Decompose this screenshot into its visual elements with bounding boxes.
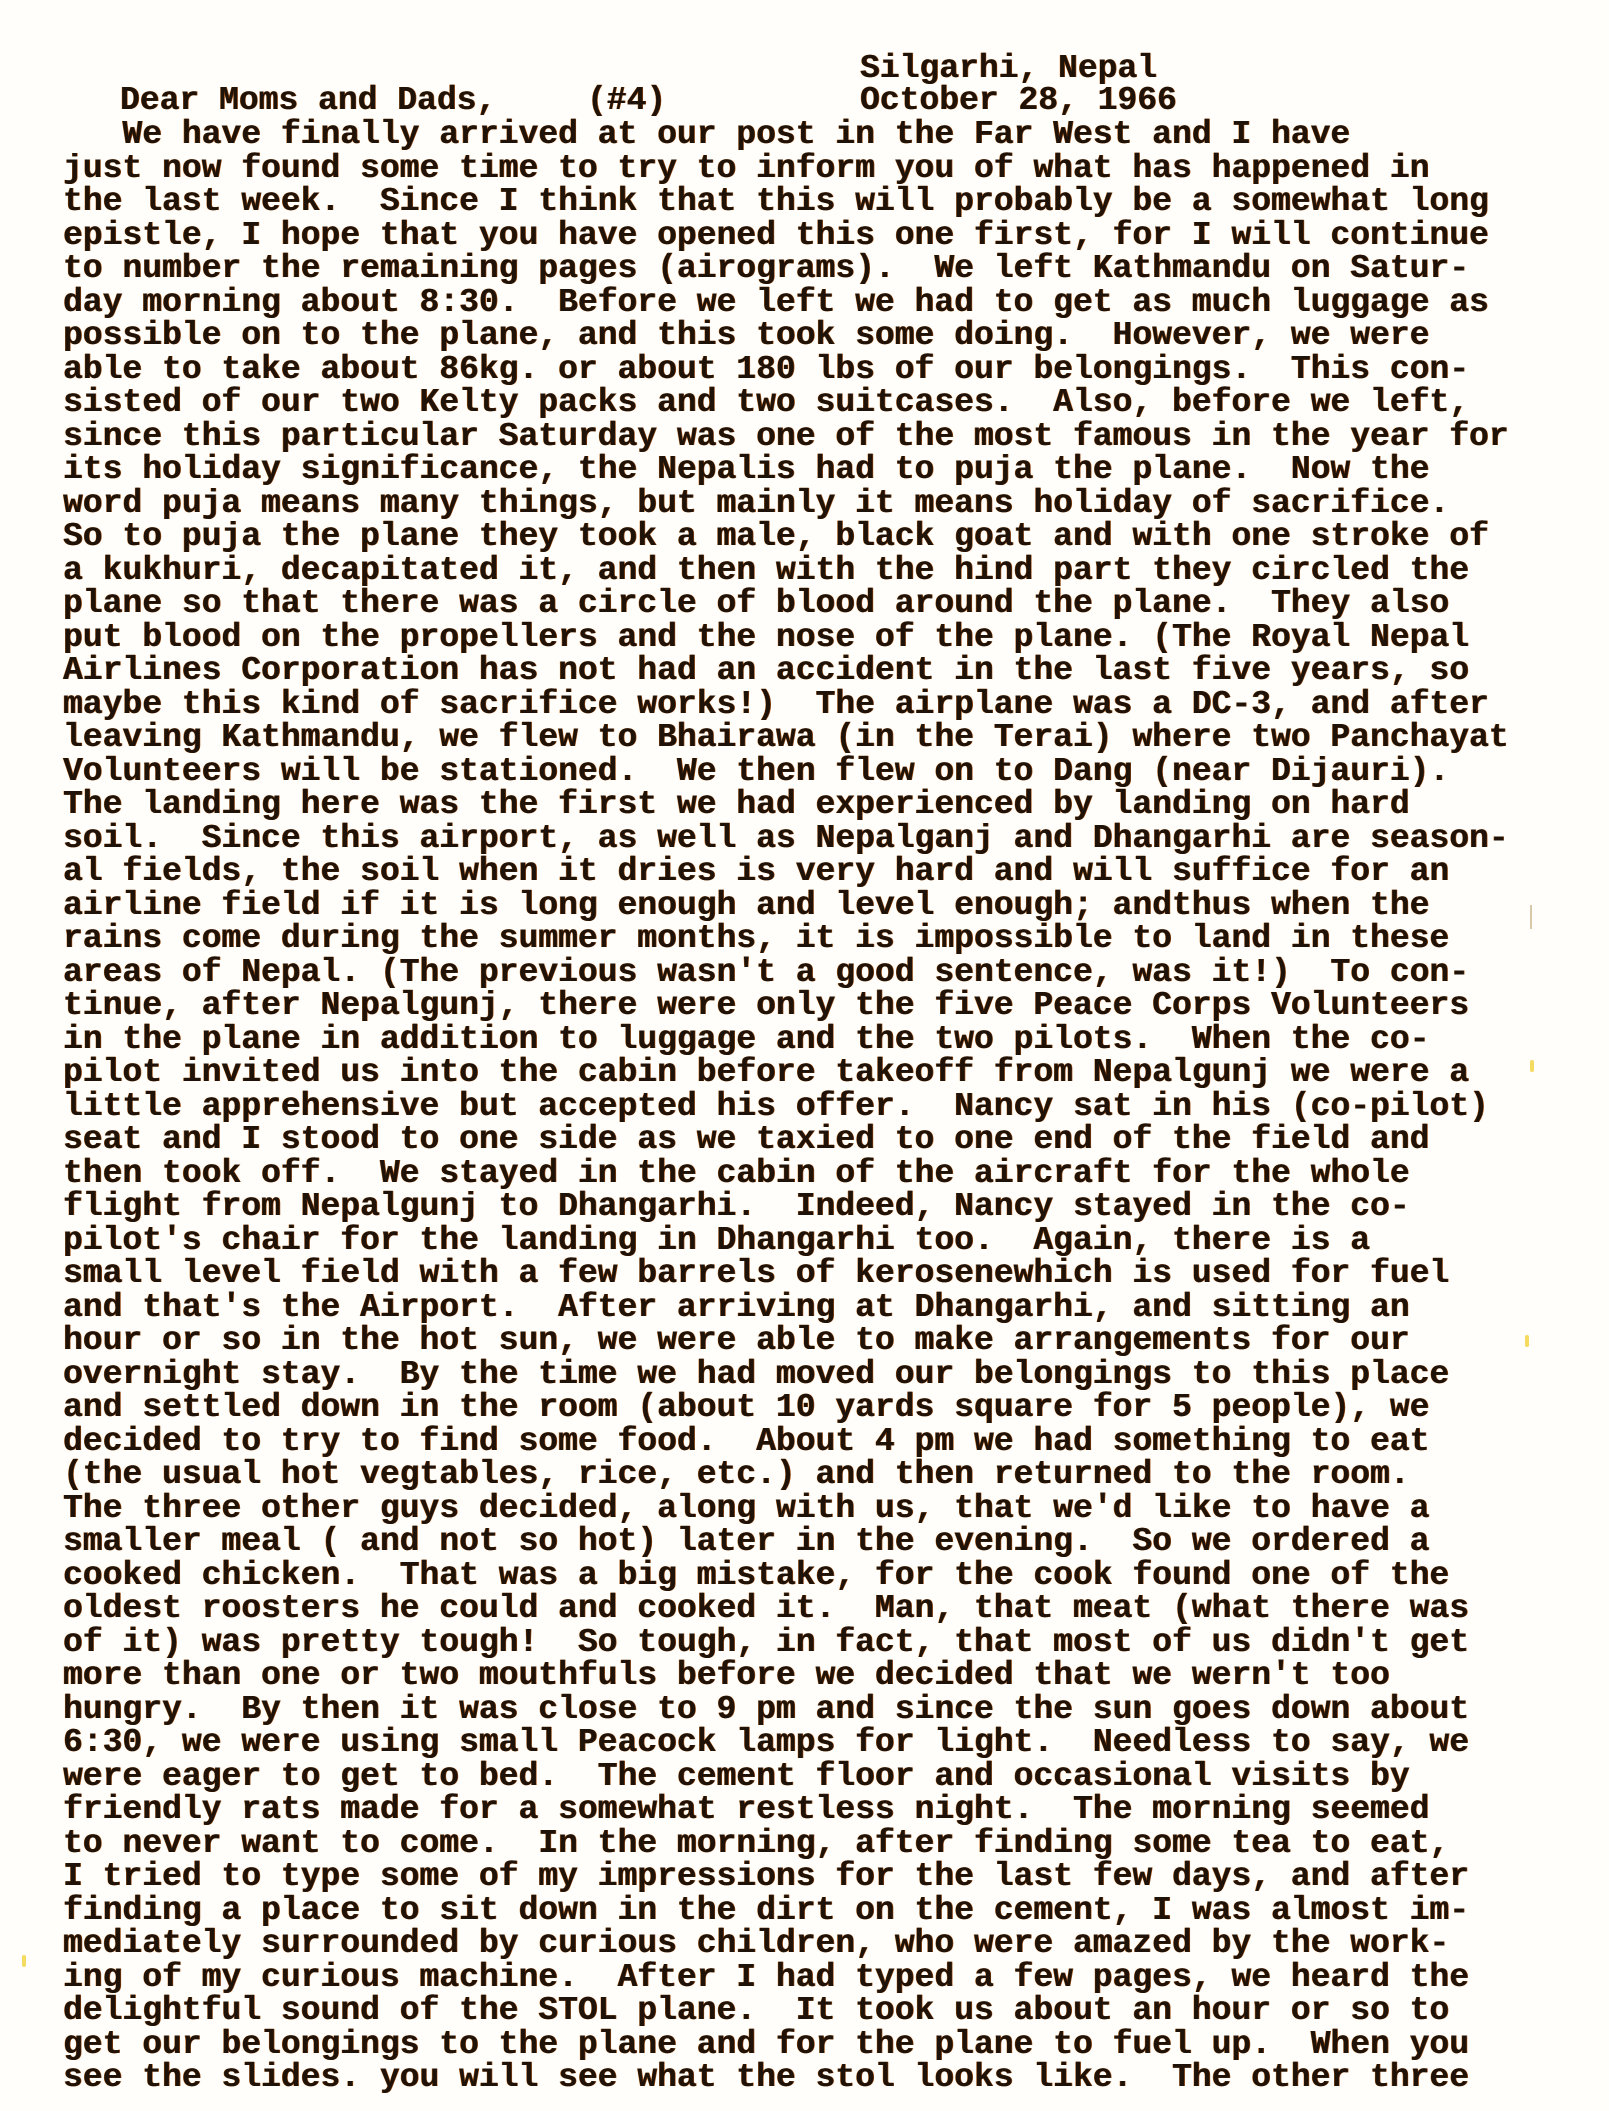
letter-line: more than one or two mouthfuls before we… [63, 1659, 1509, 1693]
letter-line: the last week. Since I think that this w… [63, 185, 1509, 219]
letter-line: al fields, the soil when it dries is ver… [63, 855, 1509, 889]
letter-line: soil. Since this airport, as well as Nep… [63, 822, 1509, 856]
margin-mark [1530, 905, 1532, 929]
letter-line: oldest roosters he could and cooked it. … [63, 1592, 1509, 1626]
letter-line: were eager to get to bed. The cement flo… [63, 1760, 1509, 1794]
letter-line: of it) was pretty tough! So tough, in fa… [63, 1626, 1509, 1660]
letter-line: its holiday significance, the Nepalis ha… [63, 453, 1509, 487]
letter-line: areas of Nepal. (The previous wasn't a g… [63, 956, 1509, 990]
letter-page: Silgarhi, Nepal October 28, 1966 Dear Mo… [0, 0, 1609, 2111]
letter-line: I tried to type some of my impressions f… [63, 1860, 1509, 1894]
letter-line: ing of my curious machine. After I had t… [63, 1961, 1509, 1995]
letter-line: 6:30, we were using small Peacock lamps … [63, 1726, 1509, 1760]
letter-line: since this particular Saturday was one o… [63, 420, 1509, 454]
letter-line: pilot's chair for the landing in Dhangar… [63, 1224, 1509, 1258]
letter-line: able to take about 86kg. or about 180 lb… [63, 353, 1509, 387]
letter-line: and that's the Airport. After arriving a… [63, 1291, 1509, 1325]
letter-line: in the plane in addition to luggage and … [63, 1023, 1509, 1057]
letter-line: a kukhuri, decapitated it, and then with… [63, 554, 1509, 588]
letter-line: see the slides. you will see what the st… [63, 2061, 1509, 2095]
letter-line: maybe this kind of sacrifice works!) The… [63, 688, 1509, 722]
letter-line: put blood on the propellers and the nose… [63, 621, 1509, 655]
letter-line: mediately surrounded by curious children… [63, 1927, 1509, 1961]
letter-place: Silgarhi, Nepal [860, 52, 1157, 86]
letter-line: friendly rats made for a somewhat restle… [63, 1793, 1509, 1827]
letter-line: airline field if it is long enough and l… [63, 889, 1509, 923]
paper-speck [1530, 1060, 1534, 1072]
letter-line: small level field with a few barrels of … [63, 1257, 1509, 1291]
letter-line: hour or so in the hot sun, we were able … [63, 1324, 1509, 1358]
letter-line: to number the remaining pages (airograms… [63, 252, 1509, 286]
letter-line: overnight stay. By the time we had moved… [63, 1358, 1509, 1392]
letter-line: sisted of our two Kelty packs and two su… [63, 386, 1509, 420]
letter-line: Airlines Corporation has not had an acci… [63, 654, 1509, 688]
letter-line: and settled down in the room (about 10 y… [63, 1391, 1509, 1425]
letter-line: day morning about 8:30. Before we left w… [63, 286, 1509, 320]
letter-line: just now found some time to try to infor… [63, 152, 1509, 186]
letter-line: little apprehensive but accepted his off… [63, 1090, 1509, 1124]
letter-line: The landing here was the first we had ex… [63, 788, 1509, 822]
salutation: Dear Moms and Dads, [120, 84, 496, 118]
letter-line: delightful sound of the STOL plane. It t… [63, 1994, 1509, 2028]
letter-line: get our belongings to the plane and for … [63, 2028, 1509, 2062]
letter-body: We have finally arrived at our post in t… [63, 118, 1509, 2095]
letter-line: word puja means many things, but mainly … [63, 487, 1509, 521]
letter-line: tinue, after Nepalgunj, there were only … [63, 989, 1509, 1023]
letter-line: decided to try to find some food. About … [63, 1425, 1509, 1459]
letter-line: The three other guys decided, along with… [63, 1492, 1509, 1526]
letter-line: We have finally arrived at our post in t… [63, 118, 1509, 152]
letter-line: leaving Kathmandu, we flew to Bhairawa (… [63, 721, 1509, 755]
letter-line: then took off. We stayed in the cabin of… [63, 1157, 1509, 1191]
letter-line: plane so that there was a circle of bloo… [63, 587, 1509, 621]
letter-line: cooked chicken. That was a big mistake, … [63, 1559, 1509, 1593]
letter-line: seat and I stood to one side as we taxie… [63, 1123, 1509, 1157]
letter-line: hungry. By then it was close to 9 pm and… [63, 1693, 1509, 1727]
letter-line: smaller meal ( and not so hot) later in … [63, 1525, 1509, 1559]
letter-line: So to puja the plane they took a male, b… [63, 520, 1509, 554]
letter-line: epistle, I hope that you have opened thi… [63, 219, 1509, 253]
letter-line: Volunteers will be stationed. We then fl… [63, 755, 1509, 789]
letter-number: (#4) [587, 84, 666, 118]
letter-line: (the usual hot vegtables, rice, etc.) an… [63, 1458, 1509, 1492]
paper-speck [1525, 1335, 1529, 1347]
letter-line: rains come during the summer months, it … [63, 922, 1509, 956]
paper-speck [22, 1955, 26, 1967]
letter-line: possible on to the plane, and this took … [63, 319, 1509, 353]
letter-line: flight from Nepalgunj to Dhangarhi. Inde… [63, 1190, 1509, 1224]
letter-date: October 28, 1966 [860, 84, 1177, 118]
letter-line: to never want to come. In the morning, a… [63, 1827, 1509, 1861]
letter-line: finding a place to sit down in the dirt … [63, 1894, 1509, 1928]
letter-line: pilot invited us into the cabin before t… [63, 1056, 1509, 1090]
